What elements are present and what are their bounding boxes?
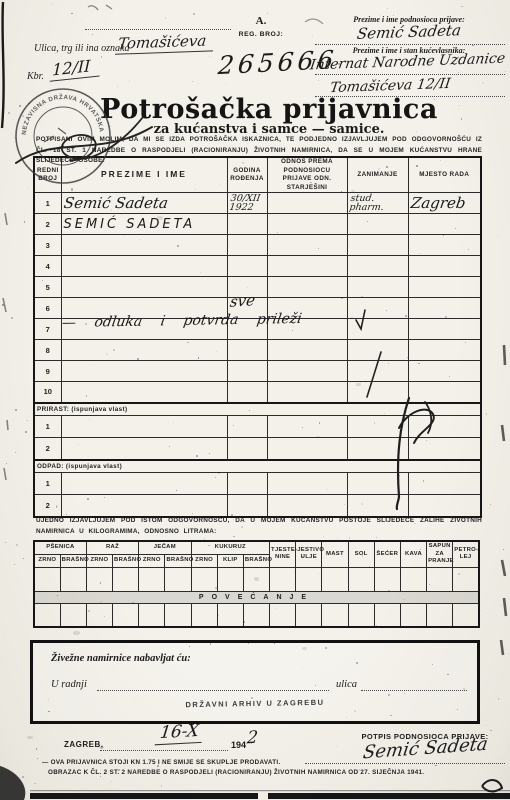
supplies-sub-header: BRAŠNO <box>60 554 86 567</box>
speck <box>92 34 93 35</box>
owner-address-wrap: Tomašićeva 12/II <box>330 77 450 95</box>
speck <box>22 776 24 778</box>
form-dotted-line <box>85 29 231 30</box>
cell-text: Zagreb <box>409 194 466 212</box>
scan-bottom-right-squiggle <box>482 780 502 791</box>
cell-work: Zagreb <box>408 193 481 214</box>
speck <box>101 56 103 58</box>
annotation-sve: sve <box>229 291 257 311</box>
speck <box>25 431 27 433</box>
speck <box>165 17 166 18</box>
cell-work <box>408 256 481 277</box>
cell-relation <box>267 193 347 214</box>
table-row: 4 <box>34 256 481 277</box>
kbr-label: Kbr. <box>27 71 44 82</box>
speck <box>129 80 130 81</box>
cell-work <box>408 235 481 256</box>
annotation-sve-wrap: sve <box>230 292 255 311</box>
scan-bottom-bar-right <box>268 793 510 799</box>
row-number: 8 <box>34 340 61 361</box>
supplies-cell <box>191 603 217 627</box>
reg-number-label: REG. BROJ: <box>231 31 291 38</box>
supplies-cell <box>243 603 269 627</box>
supplies-sub-header: ZRNO <box>139 554 165 567</box>
speck <box>37 758 38 759</box>
empty-cell <box>408 495 481 517</box>
row-number: 6 <box>34 298 61 319</box>
speck <box>387 8 388 9</box>
shop-label: U radnji <box>51 679 87 690</box>
footer-note-1: — OVA PRIJAVNICA STOJI KN 1.75 I NE SMIJ… <box>42 759 281 766</box>
empty-cell <box>61 416 227 438</box>
form-dotted-line <box>361 690 467 691</box>
supplies-cell <box>139 603 165 627</box>
smudge <box>73 631 80 635</box>
cell-occupation <box>347 214 408 235</box>
scan-top-scribble <box>88 5 112 10</box>
speck <box>490 504 491 505</box>
empty-cell <box>408 438 481 460</box>
speck <box>435 765 436 766</box>
cell-relation <box>267 340 347 361</box>
street-handwritten-wrap: Tomašićeva <box>116 33 214 53</box>
persons-header-row: REDNI BROJ PREZIME I IME GODINA ROĐENJA … <box>34 157 481 193</box>
speck <box>71 13 73 15</box>
cell-relation <box>267 277 347 298</box>
speck <box>81 19 83 21</box>
prirast-row: 1 <box>34 416 481 438</box>
speck <box>318 80 319 81</box>
supplies-cell <box>60 567 86 591</box>
kbr-handwritten: 12/II <box>50 55 101 81</box>
persons-table-body: 1Semić Sadeta30/XII 1922stud. pharm.Zagr… <box>34 193 481 517</box>
speck <box>505 71 506 72</box>
prirast-label-row: PRIRAST: (ispunjava vlast) <box>34 403 481 416</box>
empty-cell <box>347 438 408 460</box>
col-header-odnos: ODNOS PREMA PODNOSIOCU PRIJAVE ODN. STAR… <box>267 157 347 193</box>
section-mark: A. <box>236 15 286 27</box>
col-header-zanimanje: ZANIMANJE <box>347 157 408 193</box>
supplies-cell <box>217 567 243 591</box>
form-dotted-line <box>305 763 505 764</box>
supplies-cell <box>165 603 191 627</box>
form-dotted-line <box>315 44 505 45</box>
signature-handwritten-wrap: Semić Sadeta <box>340 738 510 759</box>
supplies-sub-header: ZRNO <box>86 554 112 567</box>
cell-name <box>61 340 227 361</box>
empty-cell <box>347 416 408 438</box>
cell-text: stud. pharm. <box>348 194 385 212</box>
supplies-cell <box>348 603 374 627</box>
speck <box>458 72 459 73</box>
cell-work <box>408 214 481 235</box>
col-header-redni-broj: REDNI BROJ <box>34 157 61 193</box>
cell-birth <box>227 235 267 256</box>
city-label: ZAGREB, <box>64 740 104 749</box>
cell-work <box>408 361 481 382</box>
empty-cell <box>227 473 267 495</box>
scan-bottom-left-blob <box>0 766 25 800</box>
form-dotted-line <box>315 74 505 75</box>
applicant-handwritten-wrap: Semić Sadeta <box>312 23 506 42</box>
supplies-table: PŠENICARAŽJEČAMKUKURUZTJESTE-NINEJESTIVO… <box>33 540 480 628</box>
row-number: 2 <box>34 495 61 517</box>
supplies-cell <box>86 567 112 591</box>
supplies-statement: UJEDNO IZJAVLJUJEM POD ISTOM ODGOVORNOŠĆ… <box>36 516 482 537</box>
speck <box>490 730 491 731</box>
cell-text: SEMIĆ SADETA <box>64 217 196 232</box>
form-dotted-line <box>97 690 329 691</box>
speck <box>16 544 18 546</box>
speck <box>209 56 210 57</box>
signature-handwritten: Semić Sadeta <box>361 734 489 764</box>
speck <box>27 188 28 189</box>
cell-name <box>61 277 227 298</box>
odpad-row: 1 <box>34 473 481 495</box>
speck <box>15 409 17 411</box>
empty-cell <box>267 416 347 438</box>
annotation-note: — odluka i potvrda prileži <box>61 311 303 331</box>
speck <box>111 781 112 782</box>
speck <box>52 3 53 4</box>
row-number: 2 <box>34 214 61 235</box>
cell-occupation <box>347 277 408 298</box>
cell-occupation <box>347 340 408 361</box>
cell-work <box>408 382 481 403</box>
date-handwritten-wrap: 16-X <box>156 722 203 744</box>
table-row: 2SEMIĆ SADETA <box>34 214 481 235</box>
row-number: 4 <box>34 256 61 277</box>
supplies-single-header: JESTIVO ULJE <box>296 541 322 567</box>
table-row: 3 <box>34 235 481 256</box>
speck <box>498 698 500 700</box>
supplies-sub-header: BRAŠNO <box>243 554 269 567</box>
cell-name: SEMIĆ SADETA <box>61 214 227 235</box>
cell-text: Semić Sadeta <box>62 194 169 212</box>
speck <box>337 538 338 539</box>
owner-handwritten: Internat Narodne Uzdanice <box>309 51 506 74</box>
row-number: 5 <box>34 277 61 298</box>
supplies-single-header: PETRO-LEJ <box>453 541 479 567</box>
table-row: 1Semić Sadeta30/XII 1922stud. pharm.Zagr… <box>34 193 481 214</box>
speck <box>461 6 462 7</box>
supplies-sub-header: ZRNO <box>34 554 60 567</box>
cell-relation <box>267 382 347 403</box>
cell-name <box>61 235 227 256</box>
odpad-label: ODPAD: (ispunjava vlast) <box>34 460 481 473</box>
empty-cell <box>61 473 227 495</box>
supplies-single-header: TJESTE-NINE <box>270 541 296 567</box>
row-number: 1 <box>34 193 61 214</box>
speck <box>4 634 5 635</box>
cell-relation <box>267 235 347 256</box>
cell-text: 30/XII 1922 <box>228 194 260 212</box>
supplies-sub-header: KLIP <box>217 554 243 567</box>
empty-cell <box>408 416 481 438</box>
persons-table-head: REDNI BROJ PREZIME I IME GODINA ROĐENJA … <box>34 157 481 193</box>
smudge <box>27 736 33 740</box>
row-number: 1 <box>34 473 61 495</box>
supplies-group-header: JEČAM <box>139 541 191 554</box>
speck <box>349 537 350 538</box>
speck <box>193 13 195 15</box>
supplies-cell <box>270 567 296 591</box>
row-number: 3 <box>34 235 61 256</box>
supplies-cell <box>348 567 374 591</box>
row-number: 1 <box>34 416 61 438</box>
supplies-cell <box>243 567 269 591</box>
cell-birth <box>227 361 267 382</box>
supplies-cell <box>34 567 60 591</box>
cell-name <box>61 382 227 403</box>
supplies-group-header: PŠENICA <box>34 541 86 554</box>
supplies-increase-label: POVEĆANJE <box>34 591 479 603</box>
footer-note-2: OBRAZAC K ČL. 2 ST. 2 NAREDBE O RASPODJE… <box>48 769 424 776</box>
speck <box>23 558 24 559</box>
supplies-cell <box>427 567 453 591</box>
supplies-cell <box>86 603 112 627</box>
purchase-box: Živežne namirnice nabavljat ću: U radnji… <box>30 640 480 724</box>
speck <box>5 542 7 544</box>
supplies-increase-row: POVEĆANJE <box>34 591 479 603</box>
row-number: 2 <box>34 438 61 460</box>
supplies-data-row <box>34 603 479 627</box>
empty-cell <box>227 495 267 517</box>
empty-cell <box>347 473 408 495</box>
cell-name <box>61 361 227 382</box>
empty-cell <box>61 438 227 460</box>
table-row: 10 <box>34 382 481 403</box>
row-number: 10 <box>34 382 61 403</box>
empty-cell <box>61 495 227 517</box>
supplies-sub-header: ZRNO <box>191 554 217 567</box>
speck <box>481 610 482 611</box>
supplies-cell <box>296 603 322 627</box>
supplies-single-header: MAST <box>322 541 348 567</box>
annotation-note-wrap: — odluka i potvrda prileži <box>62 312 382 330</box>
scan-left-margin-marks <box>3 213 8 480</box>
supplies-sub-header: BRAŠNO <box>113 554 139 567</box>
supplies-single-header: SOL <box>348 541 374 567</box>
supplies-group-header: KUKURUZ <box>191 541 270 554</box>
supplies-cell <box>139 567 165 591</box>
scan-right-margin-marks <box>501 345 506 655</box>
supplies-cell <box>217 603 243 627</box>
applicant-handwritten: Semić Sadeta <box>356 21 462 43</box>
supplies-cell <box>34 603 60 627</box>
prirast-row: 2 <box>34 438 481 460</box>
odpad-label-row: ODPAD: (ispunjava vlast) <box>34 460 481 473</box>
supplies-head: PŠENICARAŽJEČAMKUKURUZTJESTE-NINEJESTIVO… <box>34 541 479 567</box>
supplies-cell <box>113 603 139 627</box>
col-header-godina: GODINA ROĐENJA <box>227 157 267 193</box>
supplies-cell <box>322 603 348 627</box>
speck <box>11 317 13 319</box>
speck <box>15 452 16 453</box>
cell-name: Semić Sadeta <box>61 193 227 214</box>
empty-cell <box>267 438 347 460</box>
cell-name <box>61 256 227 277</box>
speck <box>6 463 7 464</box>
supplies-body: POVEĆANJE <box>34 567 479 627</box>
speck <box>486 725 487 726</box>
supplies-cell <box>400 567 426 591</box>
supplies-cell <box>191 567 217 591</box>
odpad-row: 2 <box>34 495 481 517</box>
cell-birth <box>227 214 267 235</box>
table-row: 9 <box>34 361 481 382</box>
supplies-single-header: KAVA <box>400 541 426 567</box>
supplies-cell <box>270 603 296 627</box>
speck <box>486 413 488 415</box>
speck <box>14 564 15 565</box>
col-header-mjesto-rada: MJESTO RADA <box>408 157 481 193</box>
speck <box>267 13 268 14</box>
empty-cell <box>227 416 267 438</box>
supplies-cell <box>165 567 191 591</box>
speck <box>482 82 484 84</box>
supplies-cell <box>427 603 453 627</box>
supplies-cell <box>374 603 400 627</box>
speck <box>17 442 18 443</box>
speck <box>24 221 26 223</box>
row-number: 9 <box>34 361 61 382</box>
supplies-cell <box>60 603 86 627</box>
supplies-cell <box>296 567 322 591</box>
date-handwritten: 16-X <box>155 721 205 746</box>
cell-relation <box>267 361 347 382</box>
speck <box>192 81 193 82</box>
scan-bottom-bar-left <box>30 793 258 799</box>
prirast-label: PRIRAST: (ispunjava vlast) <box>34 403 481 416</box>
empty-cell <box>267 495 347 517</box>
supplies-cell <box>453 603 479 627</box>
empty-cell <box>408 473 481 495</box>
kbr-handwritten-wrap: 12/II <box>50 58 100 79</box>
scan-bottom-line <box>30 790 510 791</box>
supplies-cell <box>453 567 479 591</box>
supplies-group-row: PŠENICARAŽJEČAMKUKURUZTJESTE-NINEJESTIVO… <box>34 541 479 554</box>
table-row: 5 <box>34 277 481 298</box>
ulica-label: ulica <box>336 679 357 690</box>
cell-birth <box>227 340 267 361</box>
archive-stamp-text: DRŽAVNI ARHIV U ZAGREBU <box>33 695 477 712</box>
supplies-data-row <box>34 567 479 591</box>
speck <box>225 83 226 84</box>
row-number: 7 <box>34 319 61 340</box>
year-digit-handwritten: 2 <box>246 728 259 749</box>
cell-birth <box>227 256 267 277</box>
col-header-prezime-ime: PREZIME I IME <box>61 157 227 193</box>
form-title: Potrošačka prijavnica <box>0 94 510 125</box>
persons-table: REDNI BROJ PREZIME I IME GODINA ROĐENJA … <box>33 156 482 518</box>
cell-occupation <box>347 256 408 277</box>
cell-work <box>408 340 481 361</box>
cell-occupation <box>347 382 408 403</box>
supplies-single-header: SAPUN ZA PRANJE <box>427 541 453 567</box>
empty-cell <box>347 495 408 517</box>
cell-birth: 30/XII 1922 <box>227 193 267 214</box>
document-page: A. REG. BROJ: 265666 Ulica, trg ili ina … <box>0 0 510 800</box>
year-printed: 194 <box>231 740 246 750</box>
cell-relation <box>267 214 347 235</box>
speck <box>161 785 162 786</box>
speck <box>503 549 504 550</box>
form-dotted-line <box>100 750 228 751</box>
supplies-group-header: RAŽ <box>86 541 138 554</box>
speck <box>34 783 36 785</box>
supplies-cell <box>113 567 139 591</box>
table-row: 8 <box>34 340 481 361</box>
cell-relation <box>267 256 347 277</box>
purchase-heading: Živežne namirnice nabavljat ću: <box>51 653 191 664</box>
speck <box>336 746 337 747</box>
supplies-cell <box>374 567 400 591</box>
supplies-cell <box>400 603 426 627</box>
cell-occupation <box>347 235 408 256</box>
cell-work <box>408 277 481 298</box>
owner-handwritten-wrap: Internat Narodne Uzdanice <box>308 53 508 71</box>
supplies-single-header: ŠEĆER <box>374 541 400 567</box>
speck <box>27 420 29 422</box>
speck <box>36 748 38 750</box>
speck <box>497 235 498 236</box>
empty-cell <box>267 473 347 495</box>
empty-cell <box>227 438 267 460</box>
cell-work <box>408 298 481 319</box>
supplies-sub-header: BRAŠNO <box>165 554 191 567</box>
street-handwritten: Tomašićeva <box>115 31 215 55</box>
speck <box>117 86 118 87</box>
cell-occupation: stud. pharm. <box>347 193 408 214</box>
supplies-cell <box>322 567 348 591</box>
cell-birth <box>227 382 267 403</box>
speck <box>2 304 4 306</box>
cell-work <box>408 319 481 340</box>
cell-occupation <box>347 361 408 382</box>
